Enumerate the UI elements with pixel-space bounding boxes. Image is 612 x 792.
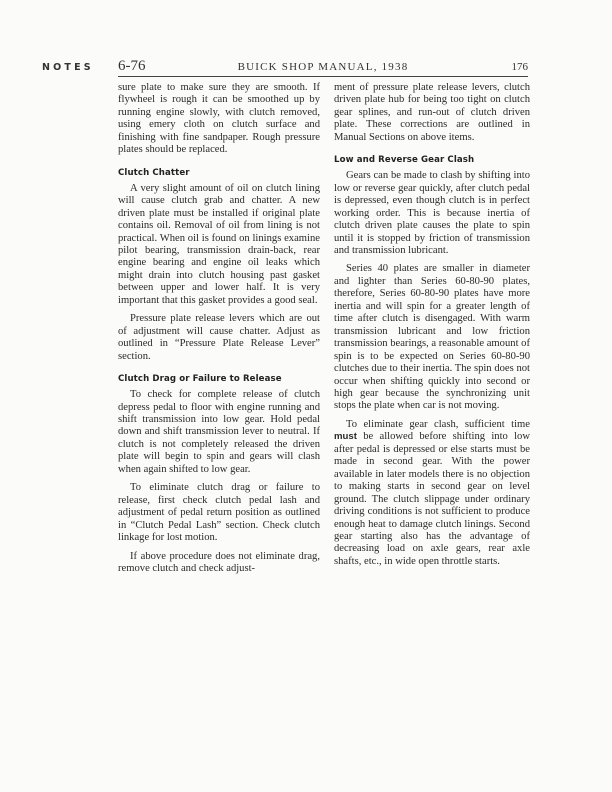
right-column: ment of pressure plate release levers, c… <box>334 82 530 568</box>
page-number: 176 <box>512 61 529 73</box>
paragraph-remove-clutch: If above procedure does not eliminate dr… <box>118 551 320 576</box>
paragraph-eliminate-clash: To eliminate gear clash, sufficient time… <box>334 419 530 568</box>
paragraph-release-levers: Pressure plate release levers which are … <box>118 313 320 363</box>
paragraph-series-plates: Series 40 plates are smaller in diameter… <box>334 263 530 412</box>
heading-clutch-drag: Clutch Drag or Failure to Release <box>118 373 320 385</box>
page-header: 6-76 BUICK SHOP MANUAL, 1938 176 <box>118 58 528 77</box>
emphasis-must: must <box>334 431 357 442</box>
text-rest: be allowed before shifting into low afte… <box>334 431 530 567</box>
left-column: sure plate to make sure they are smooth.… <box>118 82 320 575</box>
paragraph-continuation: ment of pressure plate release levers, c… <box>334 82 530 144</box>
notes-margin-label: NOTES <box>42 62 94 73</box>
paragraph-continuation: sure plate to make sure they are smooth.… <box>118 82 320 157</box>
text-start: To eliminate gear clash, sufficient time <box>346 419 530 430</box>
paragraph-check-release: To check for complete release of clutch … <box>118 389 320 476</box>
heading-gear-clash: Low and Reverse Gear Clash <box>334 154 530 166</box>
heading-clutch-chatter: Clutch Chatter <box>118 167 320 179</box>
paragraph-eliminate-drag: To eliminate clutch drag or failure to r… <box>118 482 320 544</box>
manual-title: BUICK SHOP MANUAL, 1938 <box>118 61 528 73</box>
paragraph-gear-clash-cause: Gears can be made to clash by shifting i… <box>334 170 530 257</box>
paragraph-oil-on-lining: A very slight amount of oil on clutch li… <box>118 183 320 308</box>
